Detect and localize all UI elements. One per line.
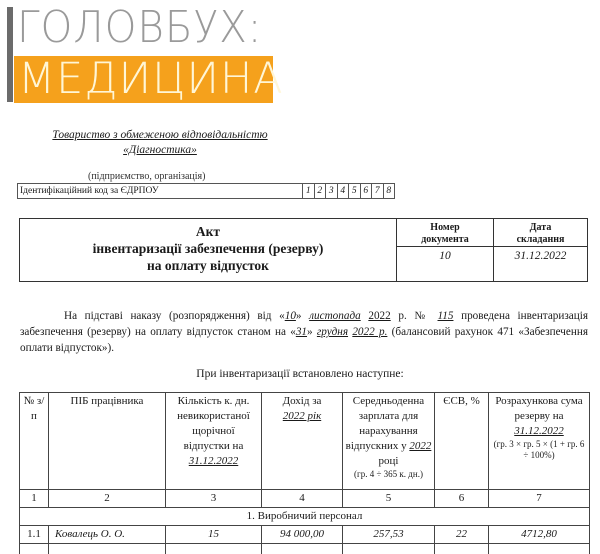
state-day: 31 <box>296 326 307 338</box>
org-name-line2: «Діагностика» <box>123 144 197 156</box>
column-number: 4 <box>262 490 343 508</box>
column-number: 5 <box>343 490 435 508</box>
column-number: 7 <box>489 490 590 508</box>
section-title: 1. Виробничий персонал <box>20 508 590 526</box>
col-header-days: Кількість к. дн. невикористаної щорічної… <box>166 393 262 490</box>
order-day: 10 <box>285 310 296 322</box>
col-header-avg-note: (гр. 4 ÷ 365 к. дн.) <box>345 469 432 480</box>
date-value: 31.12.2022 <box>494 247 587 262</box>
findings-subtitle: При інвентаризації встановлено наступне: <box>0 368 600 380</box>
act-title-line2: інвентаризації забезпечення (резерву) <box>20 240 396 257</box>
edrpou-digit: 7 <box>372 184 384 198</box>
col-header-avg-year: 2022 <box>409 440 431 452</box>
basis-paragraph: На підставі наказу (розпорядження) від «… <box>20 308 588 356</box>
state-year: 2022 р. <box>352 326 387 338</box>
col-header-no: № з/п <box>20 393 49 490</box>
org-name-line1: Товариство з обмеженою відповідальністю <box>52 129 267 141</box>
order-number: 115 <box>438 310 454 322</box>
doc-number-label: Номер документа <box>397 219 493 247</box>
date-label-1: Дата <box>494 222 587 234</box>
col-header-avg-daily: Середньоденна зарплата для нарахування в… <box>343 393 435 490</box>
row-income: 94 000,00 <box>262 526 343 544</box>
col-header-income: Дохід за 2022 рік <box>262 393 343 490</box>
org-caption: (підприємство, організація) <box>88 171 205 182</box>
doc-number-cell: Номер документа 10 <box>397 219 494 281</box>
state-month: грудня <box>317 326 348 338</box>
edrpou-row: Ідентифікаційний код за ЄДРПОУ 1 2 3 4 5… <box>17 183 395 199</box>
logo-line2-block: МЕДИЦИНА <box>14 56 273 103</box>
organization-name: Товариство з обмеженою відповідальністю … <box>20 128 300 158</box>
logo-line1-text: ГОЛОВБУХ: <box>17 2 262 54</box>
col-header-reserve: Розрахункова сума резерву на 31.12.2022 … <box>489 393 590 490</box>
para-text: р. № <box>391 310 438 322</box>
date-label-2: складання <box>494 234 587 246</box>
edrpou-digit: 8 <box>384 184 395 198</box>
act-title-line1: Акт <box>20 223 396 240</box>
edrpou-digit: 3 <box>326 184 338 198</box>
order-year: 2022 <box>368 310 390 322</box>
table-row: 1.1 Ковалець О. О. 15 94 000,00 257,53 2… <box>20 526 590 544</box>
logo: ГОЛОВБУХ: МЕДИЦИНА <box>0 0 300 110</box>
row-reserve: 4712,80 <box>489 526 590 544</box>
column-number: 6 <box>435 490 489 508</box>
logo-line1: ГОЛОВБУХ: <box>17 2 284 54</box>
col-header-days-text: Кількість к. дн. невикористаної щорічної… <box>177 395 250 452</box>
col-header-reserve-note: (гр. 3 × гр. 5 × (1 + гр. 6 ÷ 100%) <box>491 439 587 461</box>
section-row: 1. Виробничий персонал <box>20 508 590 526</box>
act-title: Акт інвентаризації забезпечення (резерву… <box>20 219 397 281</box>
column-number: 3 <box>166 490 262 508</box>
para-text: » <box>296 310 309 322</box>
logo-line2-text: МЕДИЦИНА <box>18 55 284 103</box>
table-header-row: № з/п ПІБ працівника Кількість к. дн. не… <box>20 393 590 490</box>
col-header-name: ПІБ працівника <box>49 393 166 490</box>
edrpou-digit: 1 <box>303 184 315 198</box>
date-label: Дата складання <box>494 219 587 247</box>
doc-number-label-2: документа <box>397 234 493 246</box>
col-header-days-date: 31.12.2022 <box>189 455 239 467</box>
row-name: Ковалець О. О. <box>49 526 166 544</box>
col-header-income-text: Дохід за <box>283 395 322 407</box>
col-header-avg-text2: році <box>379 455 399 467</box>
act-title-line3: на оплату відпусток <box>20 257 396 274</box>
col-header-income-year: 2022 рік <box>283 410 321 422</box>
date-cell: Дата складання 31.12.2022 <box>494 219 587 281</box>
row-esv: 22 <box>435 526 489 544</box>
edrpou-label: Ідентифікаційний код за ЄДРПОУ <box>18 184 303 198</box>
para-text: На підставі наказу (розпорядження) від « <box>64 310 285 322</box>
row-avg-daily: 257,53 <box>343 526 435 544</box>
para-text: » <box>307 326 317 338</box>
edrpou-digit: 2 <box>315 184 327 198</box>
order-month: листопада <box>309 310 361 322</box>
row-no: 1.1 <box>20 526 49 544</box>
column-number: 1 <box>20 490 49 508</box>
col-header-reserve-date: 31.12.2022 <box>514 425 564 437</box>
edrpou-digit: 6 <box>361 184 373 198</box>
column-number: 2 <box>49 490 166 508</box>
inventory-table: № з/п ПІБ працівника Кількість к. дн. не… <box>19 392 590 554</box>
act-header: Акт інвентаризації забезпечення (резерву… <box>19 218 588 282</box>
col-header-esv: ЄСВ, % <box>435 393 489 490</box>
logo-bar <box>7 7 13 102</box>
doc-number-value: 10 <box>397 247 493 262</box>
table-row-partial <box>20 544 590 554</box>
edrpou-digit: 4 <box>338 184 350 198</box>
edrpou-digit: 5 <box>349 184 361 198</box>
col-header-reserve-text: Розрахункова сума резерву на <box>495 395 582 422</box>
doc-number-label-1: Номер <box>397 222 493 234</box>
row-days: 15 <box>166 526 262 544</box>
column-number-row: 1 2 3 4 5 6 7 <box>20 490 590 508</box>
